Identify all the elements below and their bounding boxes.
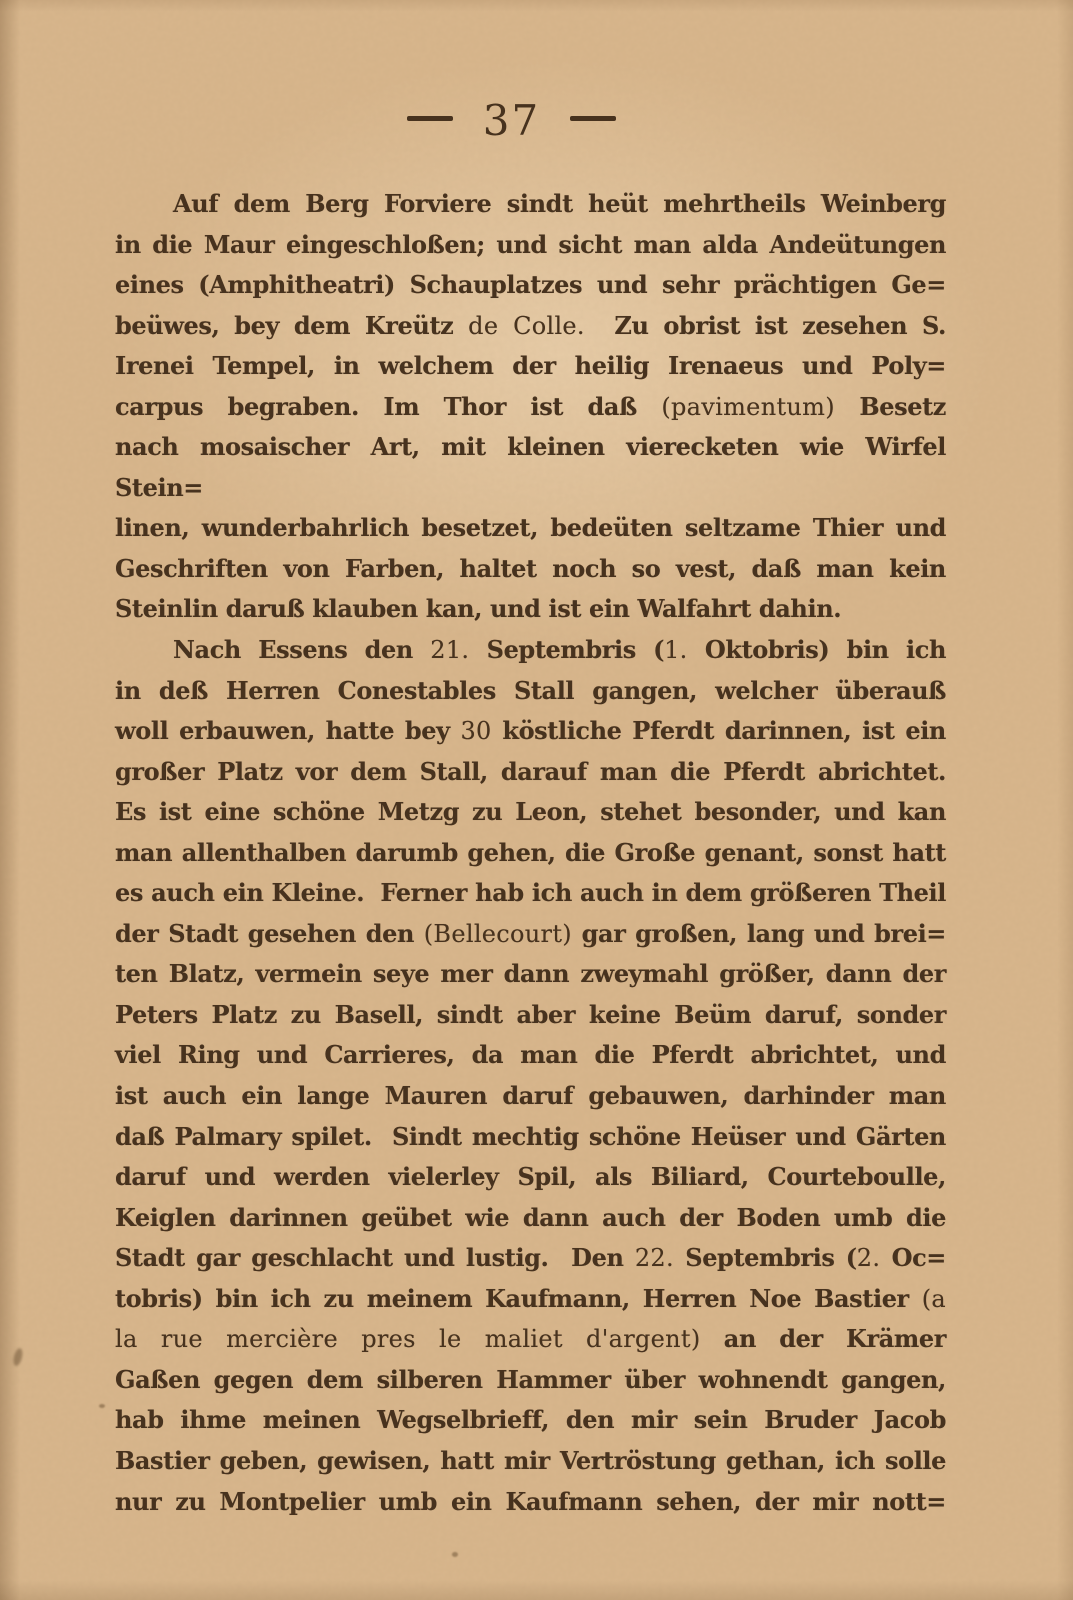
- text-line: Nach Essens den 21. Septembris (1. Oktob…: [115, 630, 946, 671]
- text-line: Keiglen darinnen geübet wie dann auch de…: [115, 1198, 946, 1239]
- fraktur-text: linen, wunderbahrlich besetzet, bedeüten…: [115, 513, 946, 542]
- text-line: daruf und werden vielerley Spil, als Bil…: [115, 1157, 946, 1198]
- text-line: Peters Platz zu Basell, sindt aber keine…: [115, 995, 946, 1036]
- fraktur-text: Gaßen gegen dem silberen Hammer über woh…: [115, 1365, 946, 1394]
- text-line: daß Palmary spilet. Sindt mechtig schöne…: [115, 1117, 946, 1158]
- fraktur-text: daß Palmary spilet. Sindt mechtig schöne…: [115, 1122, 946, 1151]
- fraktur-text: woll erbauwen, hatte bey: [115, 716, 460, 745]
- antiqua-text: 22.: [635, 1244, 674, 1272]
- paper-speck: [99, 1404, 105, 1408]
- antiqua-text: (a: [922, 1285, 946, 1313]
- fraktur-text: Steinlin daruß klauben kan, und ist ein …: [115, 594, 841, 623]
- fraktur-text: köstliche Pferdt darinnen, ist ein: [492, 716, 946, 745]
- fraktur-text: der Stadt gesehen den: [115, 919, 424, 948]
- fraktur-text: Peters Platz zu Basell, sindt aber keine…: [115, 1000, 946, 1029]
- text-line: beüwes, bey dem Kreütz de Colle. Zu obri…: [115, 306, 946, 347]
- text-line: es auch ein Kleine. Ferner hab ich auch …: [115, 873, 946, 914]
- fraktur-text: Geschriften von Farben, haltet noch so v…: [115, 554, 946, 583]
- paper-speck: [452, 1552, 458, 1557]
- antiqua-text: (Bellecourt): [424, 920, 572, 948]
- header-dash-right-icon: [570, 116, 616, 121]
- text-line: eines (Amphitheatri) Schauplatzes und se…: [115, 265, 946, 306]
- fraktur-text: beüwes, bey dem Kreütz: [115, 311, 468, 340]
- fraktur-text: Nach Essens den: [173, 635, 430, 664]
- fraktur-text: Septembris (: [674, 1243, 857, 1272]
- fraktur-text: ist auch ein lange Mauren daruf gebauwen…: [115, 1081, 946, 1110]
- fraktur-text: viel Ring und Carrieres, da man die Pfer…: [115, 1040, 946, 1069]
- fraktur-text: gar großen, lang und brei=: [572, 919, 946, 948]
- text-line: man allenthalben darumb gehen, die Große…: [115, 833, 946, 874]
- fraktur-text: an der Krämer: [701, 1324, 946, 1353]
- antiqua-text: 30: [460, 717, 491, 745]
- page-body: Auf dem Berg Forviere sindt heüt mehrthe…: [115, 184, 946, 1522]
- fraktur-text: großer Platz vor dem Stall, darauf man d…: [115, 757, 946, 786]
- antiqua-text: de Colle.: [468, 312, 585, 340]
- text-line: ten Blatz, vermein seye mer dann zweymah…: [115, 954, 946, 995]
- text-line: Gaßen gegen dem silberen Hammer über woh…: [115, 1360, 946, 1401]
- text-line: großer Platz vor dem Stall, darauf man d…: [115, 752, 946, 793]
- text-line: carpus begraben. Im Thor ist daß (pavime…: [115, 387, 946, 428]
- text-line: Steinlin daruß klauben kan, und ist ein …: [115, 589, 946, 630]
- fraktur-text: Keiglen darinnen geübet wie dann auch de…: [115, 1203, 946, 1232]
- paper-speck: [12, 1347, 24, 1366]
- text-line: hab ihme meinen Wegselbrieff, den mir se…: [115, 1400, 946, 1441]
- header-dash-left-icon: [407, 116, 453, 121]
- fraktur-text: es auch ein Kleine. Ferner hab ich auch …: [115, 878, 946, 907]
- fraktur-text: Stadt gar geschlacht und lustig. Den: [115, 1243, 635, 1272]
- text-line: in die Maur eingeschloßen; und sicht man…: [115, 225, 946, 266]
- text-line: Geschriften von Farben, haltet noch so v…: [115, 549, 946, 590]
- text-line: der Stadt gesehen den (Bellecourt) gar g…: [115, 914, 946, 955]
- fraktur-text: Auf dem Berg Forviere sindt heüt mehrthe…: [173, 189, 946, 218]
- fraktur-text: hab ihme meinen Wegselbrieff, den mir se…: [115, 1405, 946, 1434]
- fraktur-text: daruf und werden vielerley Spil, als Bil…: [115, 1162, 946, 1191]
- fraktur-text: Zu obrist ist zesehen S.: [585, 311, 946, 340]
- text-line: tobris) bin ich zu meinem Kaufmann, Herr…: [115, 1279, 946, 1320]
- antiqua-text: 21.: [430, 636, 469, 664]
- fraktur-text: tobris) bin ich zu meinem Kaufmann, Herr…: [115, 1284, 922, 1313]
- text-line: ist auch ein lange Mauren daruf gebauwen…: [115, 1076, 946, 1117]
- fraktur-text: ten Blatz, vermein seye mer dann zweymah…: [115, 959, 946, 988]
- fraktur-text: Oc=: [880, 1243, 946, 1272]
- fraktur-text: Bastier geben, gewisen, hatt mir Vertrös…: [115, 1446, 946, 1475]
- text-line: nur zu Montpelier umb ein Kaufmann sehen…: [115, 1482, 946, 1523]
- fraktur-text: Besetz: [835, 392, 946, 421]
- fraktur-text: man allenthalben darumb gehen, die Große…: [115, 838, 946, 867]
- fraktur-text: Septembris (: [469, 635, 664, 664]
- fraktur-text: in deß Herren Conestables Stall gangen, …: [115, 676, 946, 705]
- text-line: viel Ring und Carrieres, da man die Pfer…: [115, 1035, 946, 1076]
- fraktur-text: carpus begraben. Im Thor ist daß: [115, 392, 661, 421]
- antiqua-text: 1.: [664, 636, 688, 664]
- fraktur-text: in die Maur eingeschloßen; und sicht man…: [115, 230, 946, 259]
- text-line: Stadt gar geschlacht und lustig. Den 22.…: [115, 1238, 946, 1279]
- fraktur-text: eines (Amphitheatri) Schauplatzes und se…: [115, 270, 946, 299]
- book-page: 37 Auf dem Berg Forviere sindt heüt mehr…: [0, 0, 1073, 1600]
- fraktur-text: nach mosaischer Art, mit kleinen viereck…: [115, 432, 946, 502]
- text-line: Es ist eine schöne Metzg zu Leon, stehet…: [115, 792, 946, 833]
- text-line: in deß Herren Conestables Stall gangen, …: [115, 671, 946, 712]
- antiqua-text: (pavimentum): [661, 393, 835, 421]
- antiqua-text: la rue mercière pres le maliet d'argent): [115, 1325, 701, 1353]
- text-line: Auf dem Berg Forviere sindt heüt mehrthe…: [115, 184, 946, 225]
- fraktur-text: nur zu Montpelier umb ein Kaufmann sehen…: [115, 1487, 946, 1516]
- fraktur-text: Es ist eine schöne Metzg zu Leon, stehet…: [115, 797, 946, 826]
- antiqua-text: 2.: [857, 1244, 881, 1272]
- page-number: 37: [483, 100, 540, 142]
- fraktur-text: Irenei Tempel, in welchem der heilig Ire…: [115, 351, 946, 380]
- fraktur-text: Oktobris) bin ich: [688, 635, 946, 664]
- text-line: la rue mercière pres le maliet d'argent)…: [115, 1319, 946, 1360]
- text-line: Irenei Tempel, in welchem der heilig Ire…: [115, 346, 946, 387]
- text-line: nach mosaischer Art, mit kleinen viereck…: [115, 427, 946, 508]
- text-line: Bastier geben, gewisen, hatt mir Vertrös…: [115, 1441, 946, 1482]
- text-line: linen, wunderbahrlich besetzet, bedeüten…: [115, 508, 946, 549]
- text-line: woll erbauwen, hatte bey 30 köstliche Pf…: [115, 711, 946, 752]
- page-header: 37: [0, 100, 1048, 142]
